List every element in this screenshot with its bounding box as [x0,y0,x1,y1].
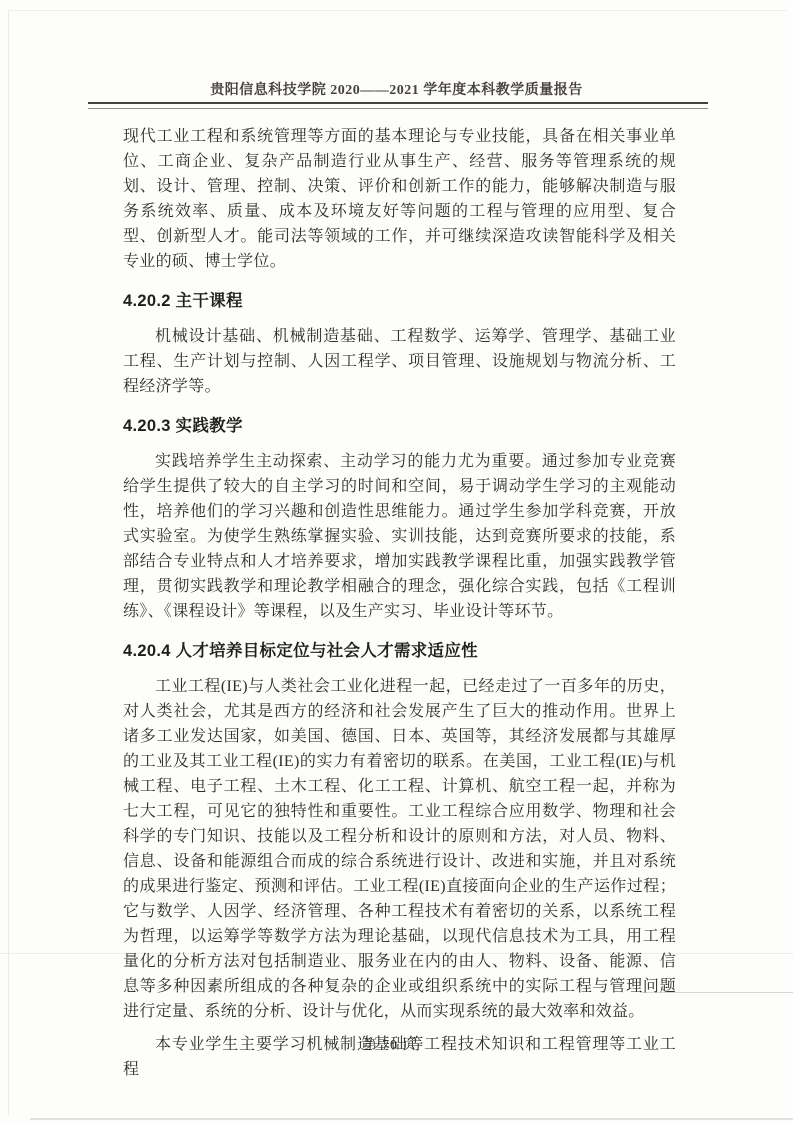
header-title: 贵阳信息科技学院 2020——2021 学年度本科教学质量报告 [0,79,793,99]
paragraph-industrial-engineering: 工业工程(IE)与人类社会工业化进程一起，已经走过了一百多年的历史，对人类社会，… [123,674,676,1024]
section-heading-practical-teaching: 4.20.3 实践教学 [123,413,676,439]
page-number: 第 70 页 [363,1037,416,1052]
header-rule [88,102,708,109]
paragraph-degree-objectives: 现代工业工程和系统管理等方面的基本理论与专业技能，具备在相关事业单位、工商企业、… [123,124,676,274]
document-page: 贵阳信息科技学院 2020——2021 学年度本科教学质量报告 现代工业工程和系… [0,0,793,1122]
scan-edge-top [8,10,787,11]
page-footer: 第 70 页 [0,1033,780,1053]
section-heading-talent-goals: 4.20.4 人才培养目标定位与社会人才需求适应性 [123,638,676,664]
page-header: 贵阳信息科技学院 2020——2021 学年度本科教学质量报告 [0,79,793,99]
scan-edge-left [8,10,9,1115]
section-heading-main-courses: 4.20.2 主干课程 [123,288,676,314]
paragraph-course-list: 机械设计基础、机械制造基础、工程数学、运筹学、管理学、基础工业工程、生产计划与控… [123,324,676,399]
scan-edge-bottom [30,1118,793,1120]
document-body: 现代工业工程和系统管理等方面的基本理论与专业技能，具备在相关事业单位、工商企业、… [123,124,676,1082]
paragraph-practical-teaching: 实践培养学生主动探索、主动学习的能力尤为重要。通过参加专业竞赛给学生提供了较大的… [123,449,676,624]
